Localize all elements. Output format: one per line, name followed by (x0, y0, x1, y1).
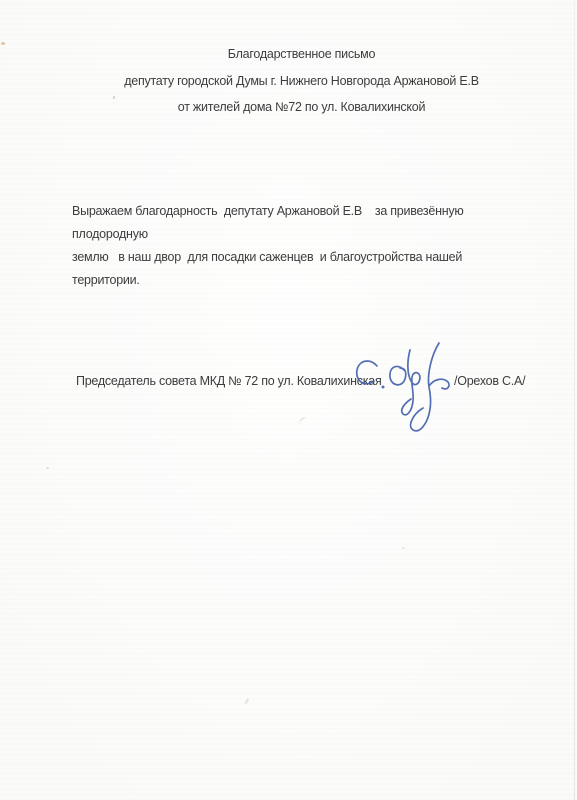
from-line: от жителей дома №72 по ул. Ковалихинской (13, 100, 577, 114)
signer-name: /Орехов С.А/ (454, 374, 525, 388)
scan-speck (245, 698, 250, 704)
signature-stroke-c (357, 361, 377, 384)
scan-stray-mark (298, 416, 309, 427)
scan-speck (113, 96, 116, 100)
scan-speck (402, 547, 405, 549)
signer-title: Председатель совета МКД № 72 по ул. Кова… (76, 374, 381, 388)
signature-dot (382, 386, 385, 389)
scan-edge-shadow (574, 0, 575, 800)
body-paragraph: Выражаем благодарность депутату Аржаново… (72, 200, 512, 292)
document-title: Благодарственное письмо (13, 47, 577, 61)
signature-stroke-o (390, 366, 406, 384)
handwritten-signature-icon (347, 337, 457, 449)
scan-speck (1, 42, 5, 45)
addressee-line: депутату городской Думы г. Нижнего Новго… (13, 74, 577, 88)
scanned-letter-page: Благодарственное письмо депутату городск… (0, 0, 577, 800)
scan-speck (46, 467, 49, 469)
signature-stroke-middle (402, 350, 420, 415)
signature-stroke-f (411, 343, 449, 431)
